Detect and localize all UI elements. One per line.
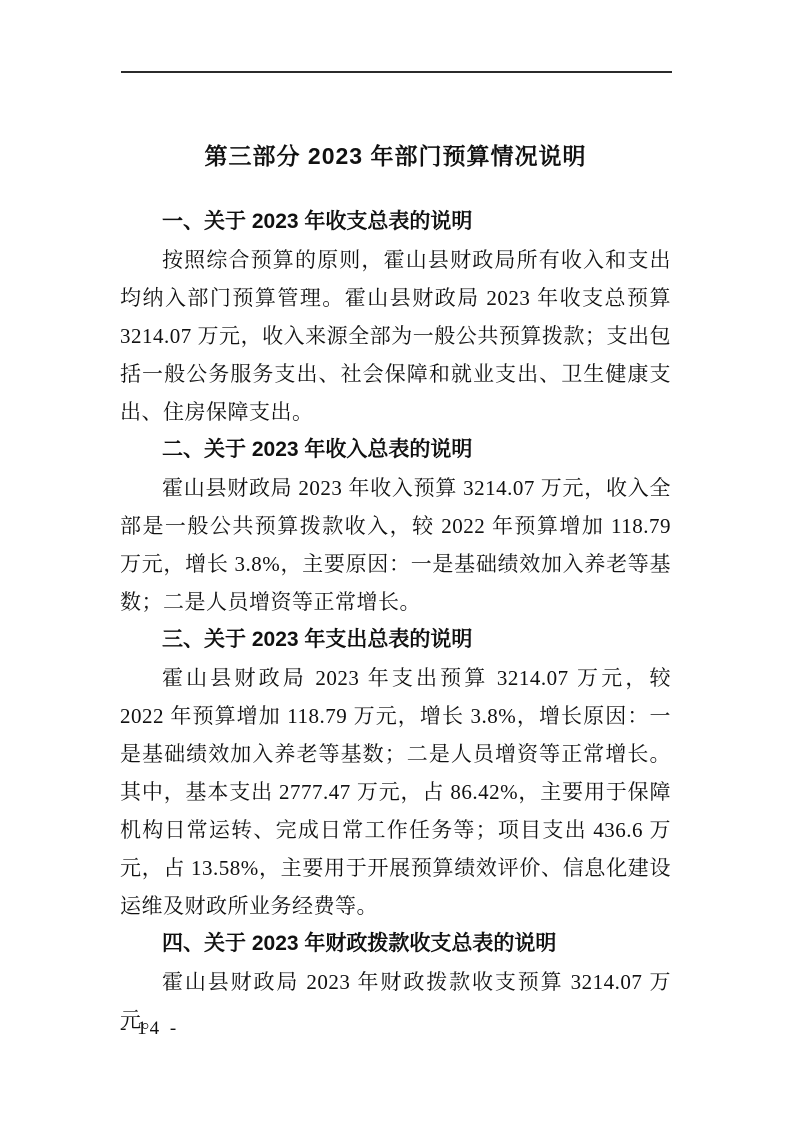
document-page: 第三部分 2023 年部门预算情况说明 一、关于 2023 年收支总表的说明 按… [0,0,793,1122]
section-4-heading: 四、关于 2023 年财政拨款收支总表的说明 [120,925,671,963]
section-2-paragraph: 霍山县财政局 2023 年收入预算 3214.07 万元，收入全部是一般公共预算… [120,469,671,621]
section-1: 一、关于 2023 年收支总表的说明 按照综合预算的原则，霍山县财政局所有收入和… [120,203,671,431]
section-3-paragraph: 霍山县财政局 2023 年支出预算 3214.07 万元，较 2022 年预算增… [120,659,671,925]
page-number: - 14 - [120,1018,179,1040]
section-3: 三、关于 2023 年支出总表的说明 霍山县财政局 2023 年支出预算 321… [120,621,671,925]
section-2-heading: 二、关于 2023 年收入总表的说明 [120,431,671,469]
section-1-heading: 一、关于 2023 年收支总表的说明 [120,203,671,241]
section-1-paragraph: 按照综合预算的原则，霍山县财政局所有收入和支出均纳入部门预算管理。霍山县财政局 … [120,241,671,431]
section-4: 四、关于 2023 年财政拨款收支总表的说明 霍山县财政局 2023 年财政拨款… [120,925,671,1039]
document-body: 一、关于 2023 年收支总表的说明 按照综合预算的原则，霍山县财政局所有收入和… [120,203,671,1039]
section-2: 二、关于 2023 年收入总表的说明 霍山县财政局 2023 年收入预算 321… [120,431,671,621]
header-rule [121,71,672,73]
page-title: 第三部分 2023 年部门预算情况说明 [120,138,671,171]
section-4-paragraph: 霍山县财政局 2023 年财政拨款收支预算 3214.07 万元。 [120,963,671,1039]
section-3-heading: 三、关于 2023 年支出总表的说明 [120,621,671,659]
